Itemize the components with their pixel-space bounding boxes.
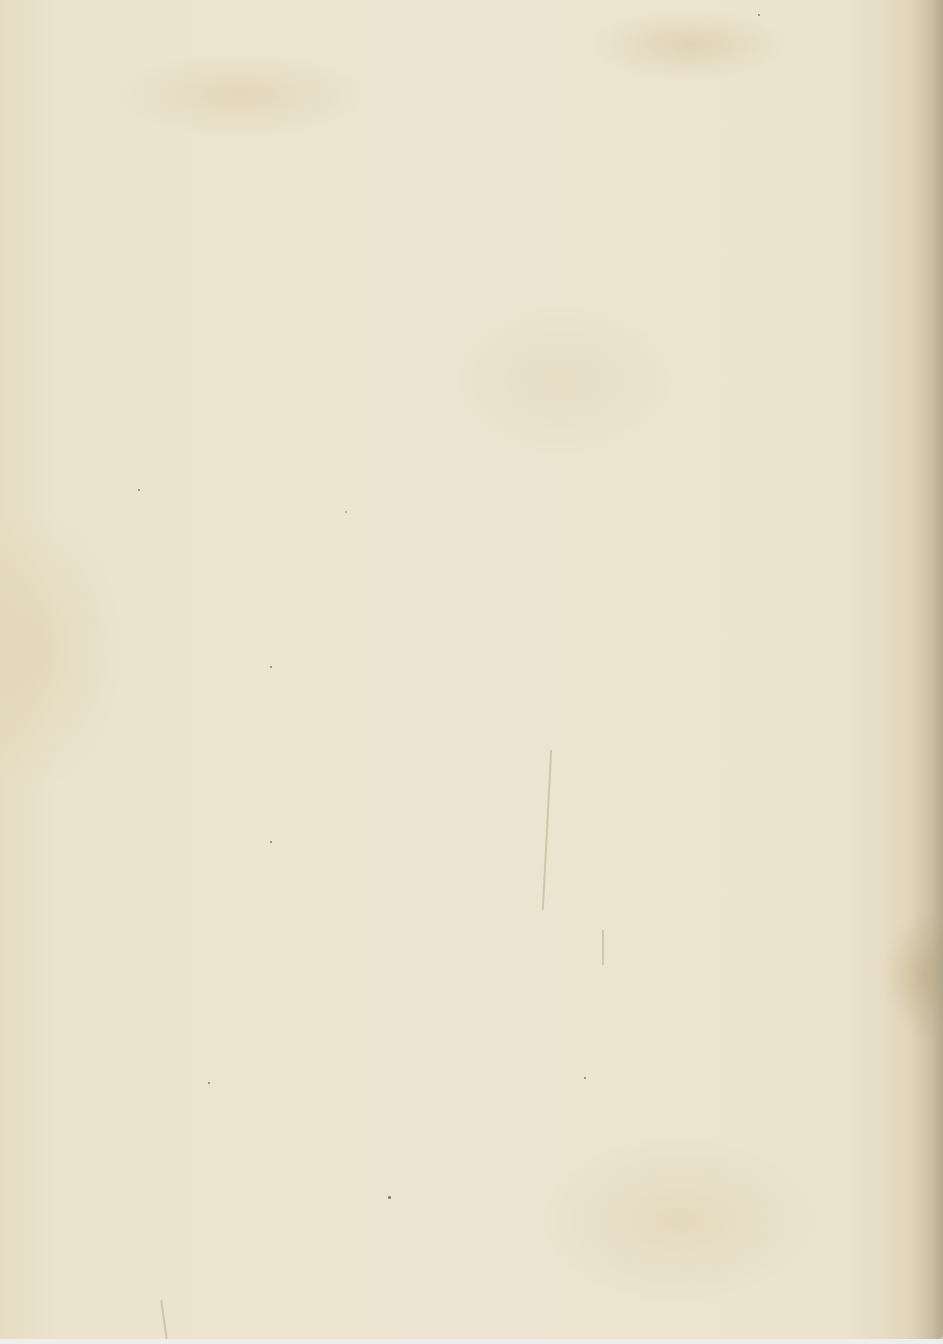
ink-speck	[758, 14, 760, 16]
ink-speck	[138, 489, 140, 491]
ink-speck	[345, 511, 347, 513]
paper-crease	[542, 750, 552, 910]
ink-speck	[208, 1082, 210, 1084]
ink-speck	[270, 666, 272, 668]
background-strip	[0, 1339, 943, 1344]
blank-paper-page	[0, 0, 943, 1339]
ink-speck	[584, 1077, 586, 1079]
paper-crease	[602, 930, 604, 965]
ink-speck	[270, 841, 272, 843]
ink-speck	[388, 1196, 391, 1199]
page-edge-shadow	[913, 0, 943, 1339]
paper-crease	[160, 1300, 168, 1340]
